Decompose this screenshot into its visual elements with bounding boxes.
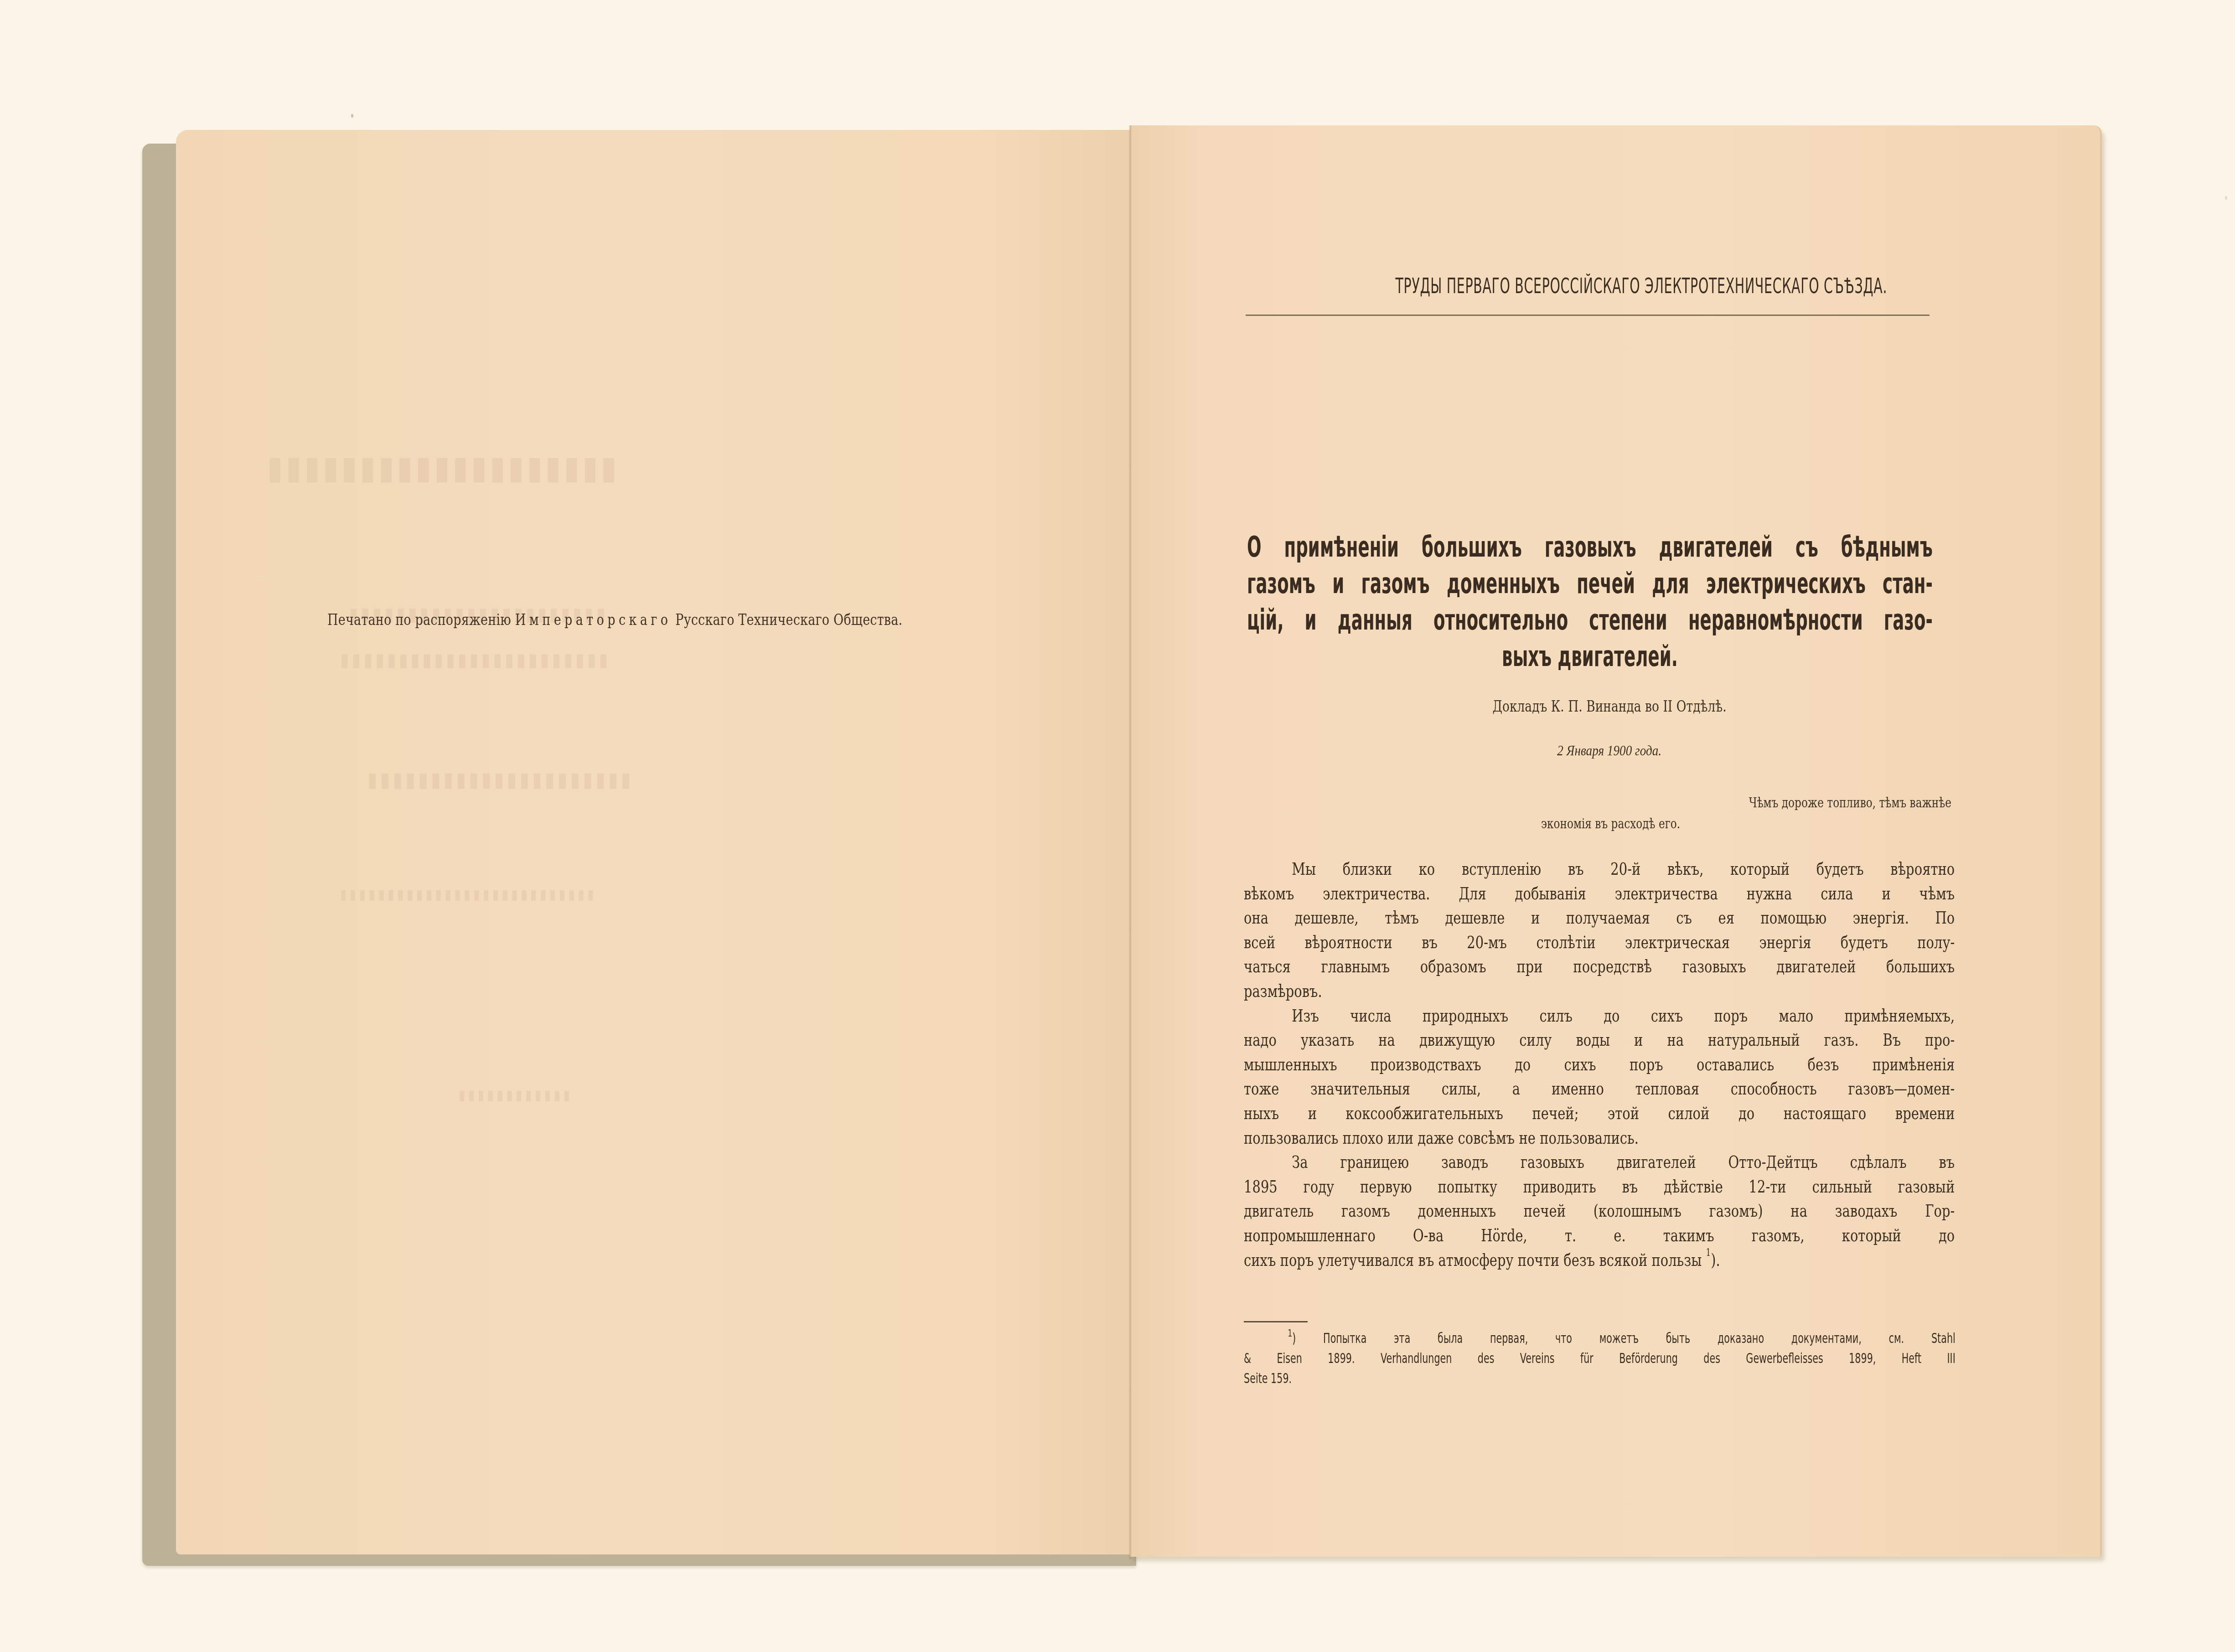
footnote-line: & Eisen 1899. Verhandlungen des Vereins … (1244, 1349, 1956, 1369)
epigraph-line: экономія въ расходѣ его. (1505, 813, 1862, 834)
bleed-through-text: ▮▮▮▮▮▮▮▮▮▮▮▮▮▮▮▮▮▮▮▮▮▮▮ (340, 650, 611, 671)
body-line: ныхъ и коксообжигательныхъ печей; этой с… (1244, 1101, 1955, 1126)
date-line: 2 Января 1900 года. (1245, 742, 1974, 759)
body-line-text: сихъ поръ улетучивался въ атмосферу почт… (1244, 1250, 1702, 1270)
body-line: вѣкомъ электричества. Для добыванія элек… (1244, 882, 1955, 906)
background-speck (2225, 196, 2227, 200)
body-line: нопромышленнаго О-ва Hörde, т. е. такимъ… (1244, 1224, 1955, 1248)
footnote-line: 1) Попытка эта была первая, что можетъ б… (1244, 1329, 1956, 1349)
running-header: ТРУДЫ ПЕРВАГО ВСЕРОССІЙСКАГО ЭЛЕКТРОТЕХН… (1245, 274, 1929, 298)
paragraph-2: Изъ числа природныхъ силъ до сихъ поръ м… (1244, 1004, 1955, 1151)
imprint-text-2: Императорскаго (515, 611, 672, 629)
body-line: она дешевле, тѣмъ дешевле и получаемая с… (1244, 906, 1955, 930)
footnote-text: ) Попытка эта была первая, что можетъ бы… (1292, 1331, 1956, 1347)
article-body: Мы близки ко вступленію въ 20-й вѣкъ, ко… (1244, 857, 1955, 1272)
epigraph: Чѣмъ дороже топливо, тѣмъ важнѣе экономі… (1505, 792, 1951, 834)
bleed-through-text: ▮▮▮▮▮▮▮▮▮▮▮▮▮▮▮▮▮▮▮ (267, 449, 620, 486)
body-line: всей вѣроятности въ 20-мъ столѣтіи элект… (1244, 930, 1955, 955)
title-line: газомъ и газомъ доменныхъ печей для элек… (1247, 565, 1933, 602)
header-rule (1246, 315, 1930, 316)
footnote-line: Seite 159. (1244, 1369, 1956, 1389)
footnote: 1) Попытка эта была первая, что можетъ б… (1244, 1329, 1955, 1389)
body-line: чаться главнымъ образомъ при посредствѣ … (1244, 955, 1955, 979)
imprint-text-3: Русскаго Техническаго Общества. (675, 611, 902, 629)
body-line: размѣровъ. (1244, 979, 1955, 1004)
title-line: цій, и данныя относительно степени нерав… (1247, 602, 1933, 638)
date-text: 2 Января 1900 года. (1557, 742, 1662, 759)
body-line: 1895 году первую попытку приводить въ дѣ… (1244, 1175, 1955, 1199)
footnote-reference[interactable]: 1 (1706, 1247, 1711, 1259)
bleed-through-text: ▮▮▮▮▮▮▮▮▮▮▮▮▮▮▮▮▮▮▮▮▮ (367, 768, 634, 791)
running-header-text: ТРУДЫ ПЕРВАГО ВСЕРОССІЙСКАГО ЭЛЕКТРОТЕХН… (1396, 274, 1888, 298)
imprint-line: Печатано по распоряженію Императорскаго … (327, 611, 888, 629)
footnote-marker: 1 (1288, 1328, 1293, 1339)
bleed-through-text: ▮▮▮▮▮▮▮▮▮▮▮▮▮▮▮▮▮▮▮▮▮▮▮▮▮▮▮ (340, 887, 597, 903)
body-line-last: сихъ поръ улетучивался въ атмосферу почт… (1244, 1248, 1955, 1273)
body-line: пользовались плохо или даже совсѣмъ не п… (1244, 1126, 1955, 1151)
body-line: За границею заводъ газовыхъ двигателей О… (1244, 1150, 1955, 1175)
background-speck (351, 114, 353, 118)
body-line: мышленныхъ производствахъ до сихъ поръ о… (1244, 1053, 1955, 1077)
title-line: выхъ двигателей. (1247, 638, 1933, 675)
bleed-through-text: ▮▮▮▮▮▮▮▮▮▮▮▮ (459, 1087, 573, 1103)
body-line: Изъ числа природныхъ силъ до сихъ поръ м… (1244, 1004, 1955, 1028)
body-line: Мы близки ко вступленію въ 20-й вѣкъ, ко… (1244, 857, 1955, 882)
imprint-text-1: Печатано по распоряженію (327, 611, 511, 629)
paragraph-3: За границею заводъ газовыхъ двигателей О… (1244, 1150, 1955, 1272)
left-page: ▮▮▮▮▮▮▮▮▮▮▮▮▮▮▮▮▮▮▮ ▮▮▮▮▮▮▮▮▮▮▮▮▮▮▮▮▮▮▮▮… (176, 130, 1138, 1554)
article-title: О примѣненіи большихъ газовыхъ двигателе… (1247, 529, 1935, 675)
byline: Докладъ К. П. Винанда во II Отдѣлѣ. (1245, 697, 1974, 716)
title-line: О примѣненіи большихъ газовыхъ двигателе… (1247, 529, 1933, 565)
body-line: надо указать на движущую силу воды и на … (1244, 1028, 1955, 1053)
paragraph-1: Мы близки ко вступленію въ 20-й вѣкъ, ко… (1244, 857, 1955, 1004)
epigraph-line: Чѣмъ дороже топливо, тѣмъ важнѣе (1594, 792, 1951, 813)
footnote-rule (1244, 1321, 1308, 1322)
byline-text: Докладъ К. П. Винанда во II Отдѣлѣ. (1492, 697, 1726, 716)
spine-gutter (1129, 125, 1132, 1559)
closing-punctuation: ). (1711, 1250, 1720, 1270)
body-line: двигатель газомъ доменныхъ печей (колошн… (1244, 1199, 1955, 1224)
body-line: тоже значительныя силы, а именно теплова… (1244, 1077, 1955, 1101)
